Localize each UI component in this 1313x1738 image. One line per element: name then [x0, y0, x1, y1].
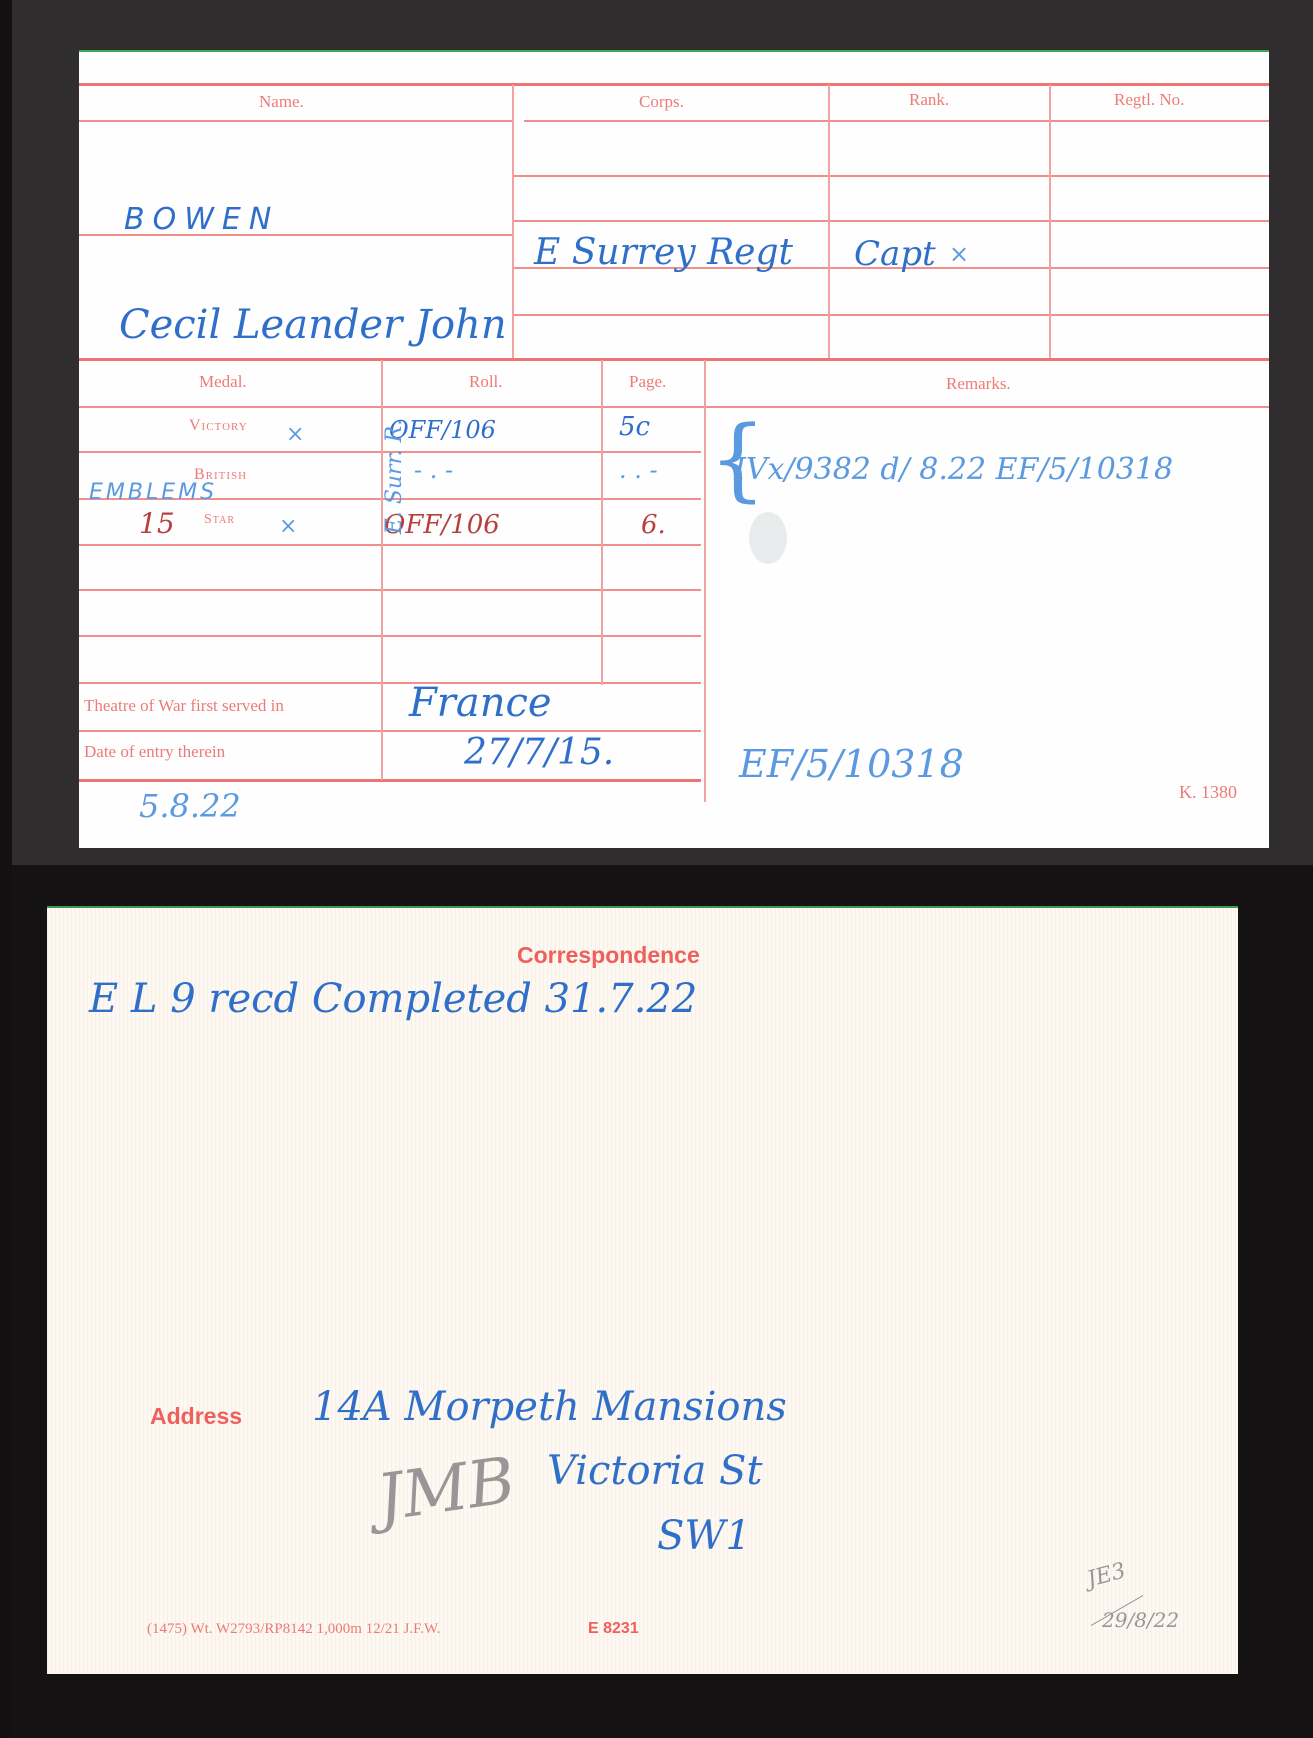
entry-date-value: 27/7/15. [464, 732, 614, 773]
rule [79, 83, 1269, 86]
pencil-date: 29/8/22 [1102, 1608, 1179, 1632]
corps-value: E Surrey Regt [534, 232, 793, 273]
rule [79, 779, 701, 782]
smudge [749, 512, 787, 564]
rule [514, 175, 1269, 177]
header-corps: Corps. [639, 92, 684, 112]
side-note: E. Surr. R. [382, 419, 407, 534]
address-line-1: 14A Morpeth Mansions [312, 1384, 787, 1430]
forenames: Cecil Leander John [119, 302, 507, 348]
correspondence-note: E L 9 recd Completed 31.7.22 [89, 976, 697, 1022]
address-line-2: Victoria St [547, 1448, 763, 1494]
rule [514, 220, 1269, 222]
surname: BOWEN [124, 202, 279, 237]
pencil-initials: JMB [373, 1444, 520, 1537]
medal-roll: - . - [414, 456, 453, 484]
medal-page: 5c [619, 412, 650, 442]
rule [524, 120, 1269, 122]
header-roll: Roll. [469, 372, 503, 392]
rank-value: Capt [854, 234, 936, 274]
rule [79, 544, 701, 546]
medal-page: . . - [619, 456, 658, 484]
header-rank: Rank. [909, 90, 949, 110]
header-name: Name. [259, 92, 304, 112]
header-regtl-no: Regtl. No. [1114, 90, 1184, 110]
column-divider [1049, 85, 1051, 358]
medal-name: Star [204, 512, 235, 528]
rule [79, 682, 701, 684]
medal-page: 6. [641, 510, 666, 540]
header-medal: Medal. [199, 372, 247, 392]
medal-index-card-back: Correspondence E L 9 recd Completed 31.7… [47, 906, 1238, 1674]
correspondence-title: Correspondence [517, 942, 700, 969]
header-remarks: Remarks. [946, 374, 1011, 394]
address-line-3: SW1 [657, 1513, 751, 1559]
reference-note: EF/5/10318 [739, 742, 964, 786]
printer-line: (1475) Wt. W2793/RP8142 1,000m 12/21 J.F… [147, 1621, 441, 1638]
column-divider [512, 85, 514, 358]
rank-mark: × [949, 240, 969, 268]
column-divider [601, 360, 603, 685]
form-number: K. 1380 [1179, 782, 1237, 803]
address-label: Address [150, 1403, 242, 1430]
medal-mark: × [286, 422, 304, 447]
scan-edge [0, 0, 12, 1738]
date-note: 5.8.22 [139, 787, 241, 825]
rule [79, 589, 701, 591]
medal-prefix: 15 [139, 507, 175, 540]
emblems-note: EMBLEMS [89, 480, 217, 505]
rule [79, 358, 1269, 361]
medal-name: Victory [189, 417, 248, 435]
rule [79, 406, 1269, 408]
pencil-note: JE3 [1084, 1558, 1128, 1592]
header-page: Page. [629, 372, 666, 392]
printer-code: E 8231 [588, 1620, 639, 1638]
rule [79, 120, 514, 122]
entry-date-label: Date of entry therein [84, 742, 225, 762]
column-divider [828, 85, 830, 358]
theatre-value: France [409, 680, 552, 726]
theatre-label: Theatre of War first served in [84, 696, 284, 716]
rule [79, 635, 701, 637]
column-divider [704, 360, 706, 802]
medal-index-card-front: Name. Corps. Rank. Regtl. No. BOWEN Ceci… [79, 50, 1269, 848]
medal-mark: × [279, 514, 297, 539]
remarks-text: IVx/9382 d/ 8.22 EF/5/10318 [734, 452, 1173, 487]
rule [514, 314, 1269, 316]
